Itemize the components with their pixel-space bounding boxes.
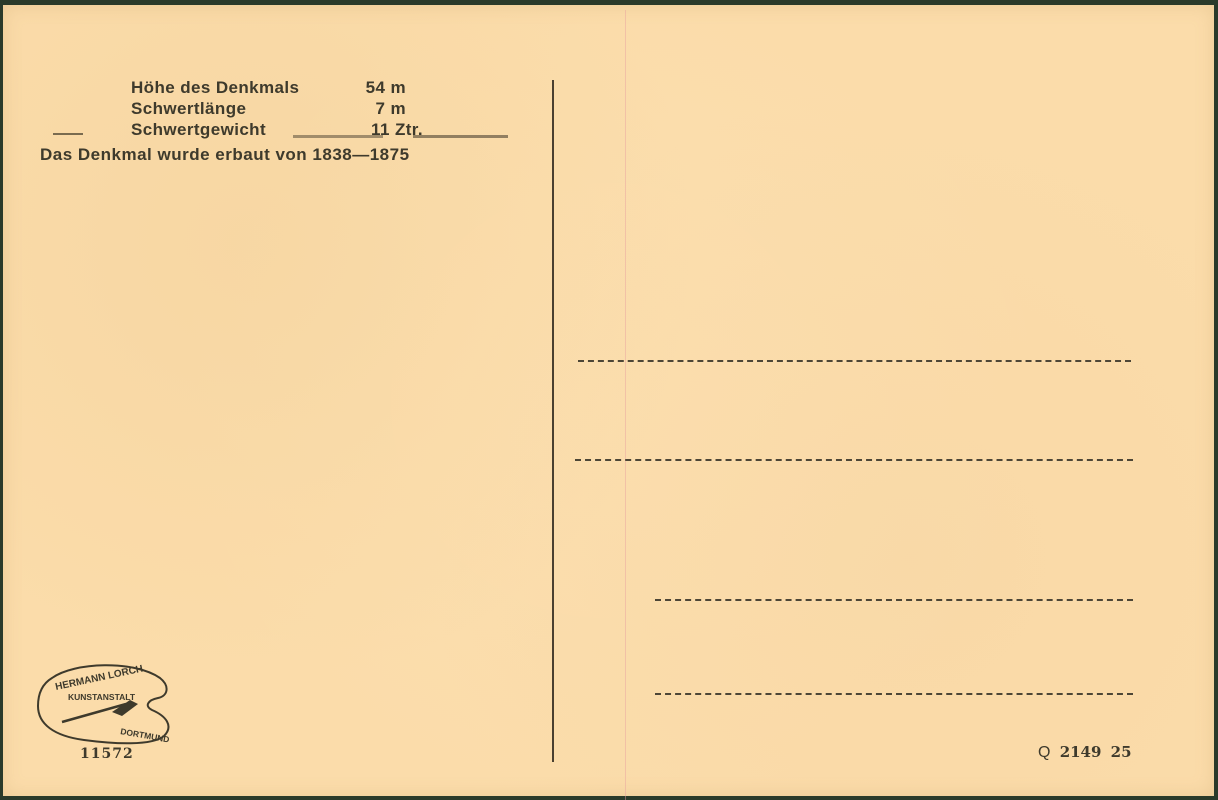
postcard-back: Höhe des Denkmals 54 m Schwertlänge 7 m … (3, 5, 1214, 796)
info-label: Schwertlänge (131, 98, 246, 119)
print-code: Q 2149 25 (1038, 743, 1132, 762)
stamp-line2: KUNSTANSTALT (68, 692, 136, 702)
info-label: Höhe des Denkmals (131, 77, 299, 98)
stamp-number: 11572 (80, 746, 134, 762)
address-line-4[interactable] (655, 693, 1133, 695)
rule-left (53, 133, 83, 135)
rule-middle (293, 135, 383, 138)
center-divider (552, 80, 554, 762)
construction-date-text: Das Denkmal wurde erbaut von 1838—1875 (40, 145, 410, 165)
info-label: Schwertgewicht (131, 119, 266, 140)
address-line-3[interactable] (655, 599, 1133, 601)
monument-info-block: Höhe des Denkmals 54 m Schwertlänge 7 m … (131, 77, 411, 143)
faint-print-line (625, 10, 626, 800)
stamp-line1: HERMANN LORCH (54, 664, 144, 693)
info-value: 7 m (344, 98, 406, 119)
palette-logo-icon: HERMANN LORCH KUNSTANSTALT DORTMUND (34, 660, 174, 745)
address-line-1[interactable] (578, 360, 1131, 362)
print-code-prefix: Q (1038, 744, 1050, 761)
info-value: 54 m (344, 77, 406, 98)
address-line-2[interactable] (575, 459, 1133, 461)
print-code-number: 2149 25 (1060, 743, 1132, 761)
rule-right (413, 135, 508, 138)
